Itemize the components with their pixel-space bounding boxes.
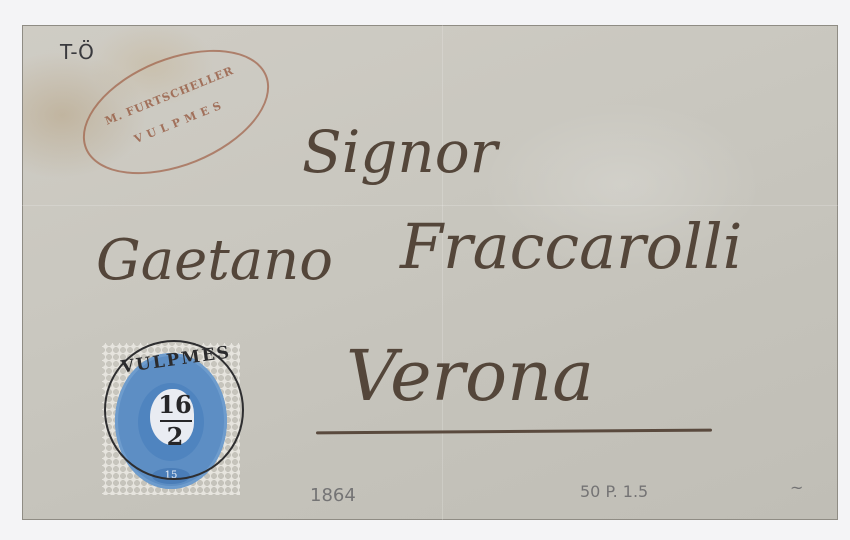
pencil-corner-mark: ~ [790, 478, 803, 497]
pencil-note-year: 1864 [310, 485, 356, 506]
address-first-name: Gaetano [96, 228, 333, 293]
address-city: Verona [346, 335, 594, 417]
pencil-note-bottom: 50 P. 1.5 [580, 482, 648, 501]
postmark-month: 2 [152, 422, 198, 451]
postmark-day: 16 [152, 390, 198, 419]
pencil-note-top-left: T-Ö [60, 40, 94, 64]
address-salutation: Signor [302, 118, 497, 186]
address-last-name: Fraccarolli [400, 210, 742, 283]
fold-line [22, 205, 838, 206]
postmark-cancel: VULPMES 16 2 [104, 340, 244, 480]
